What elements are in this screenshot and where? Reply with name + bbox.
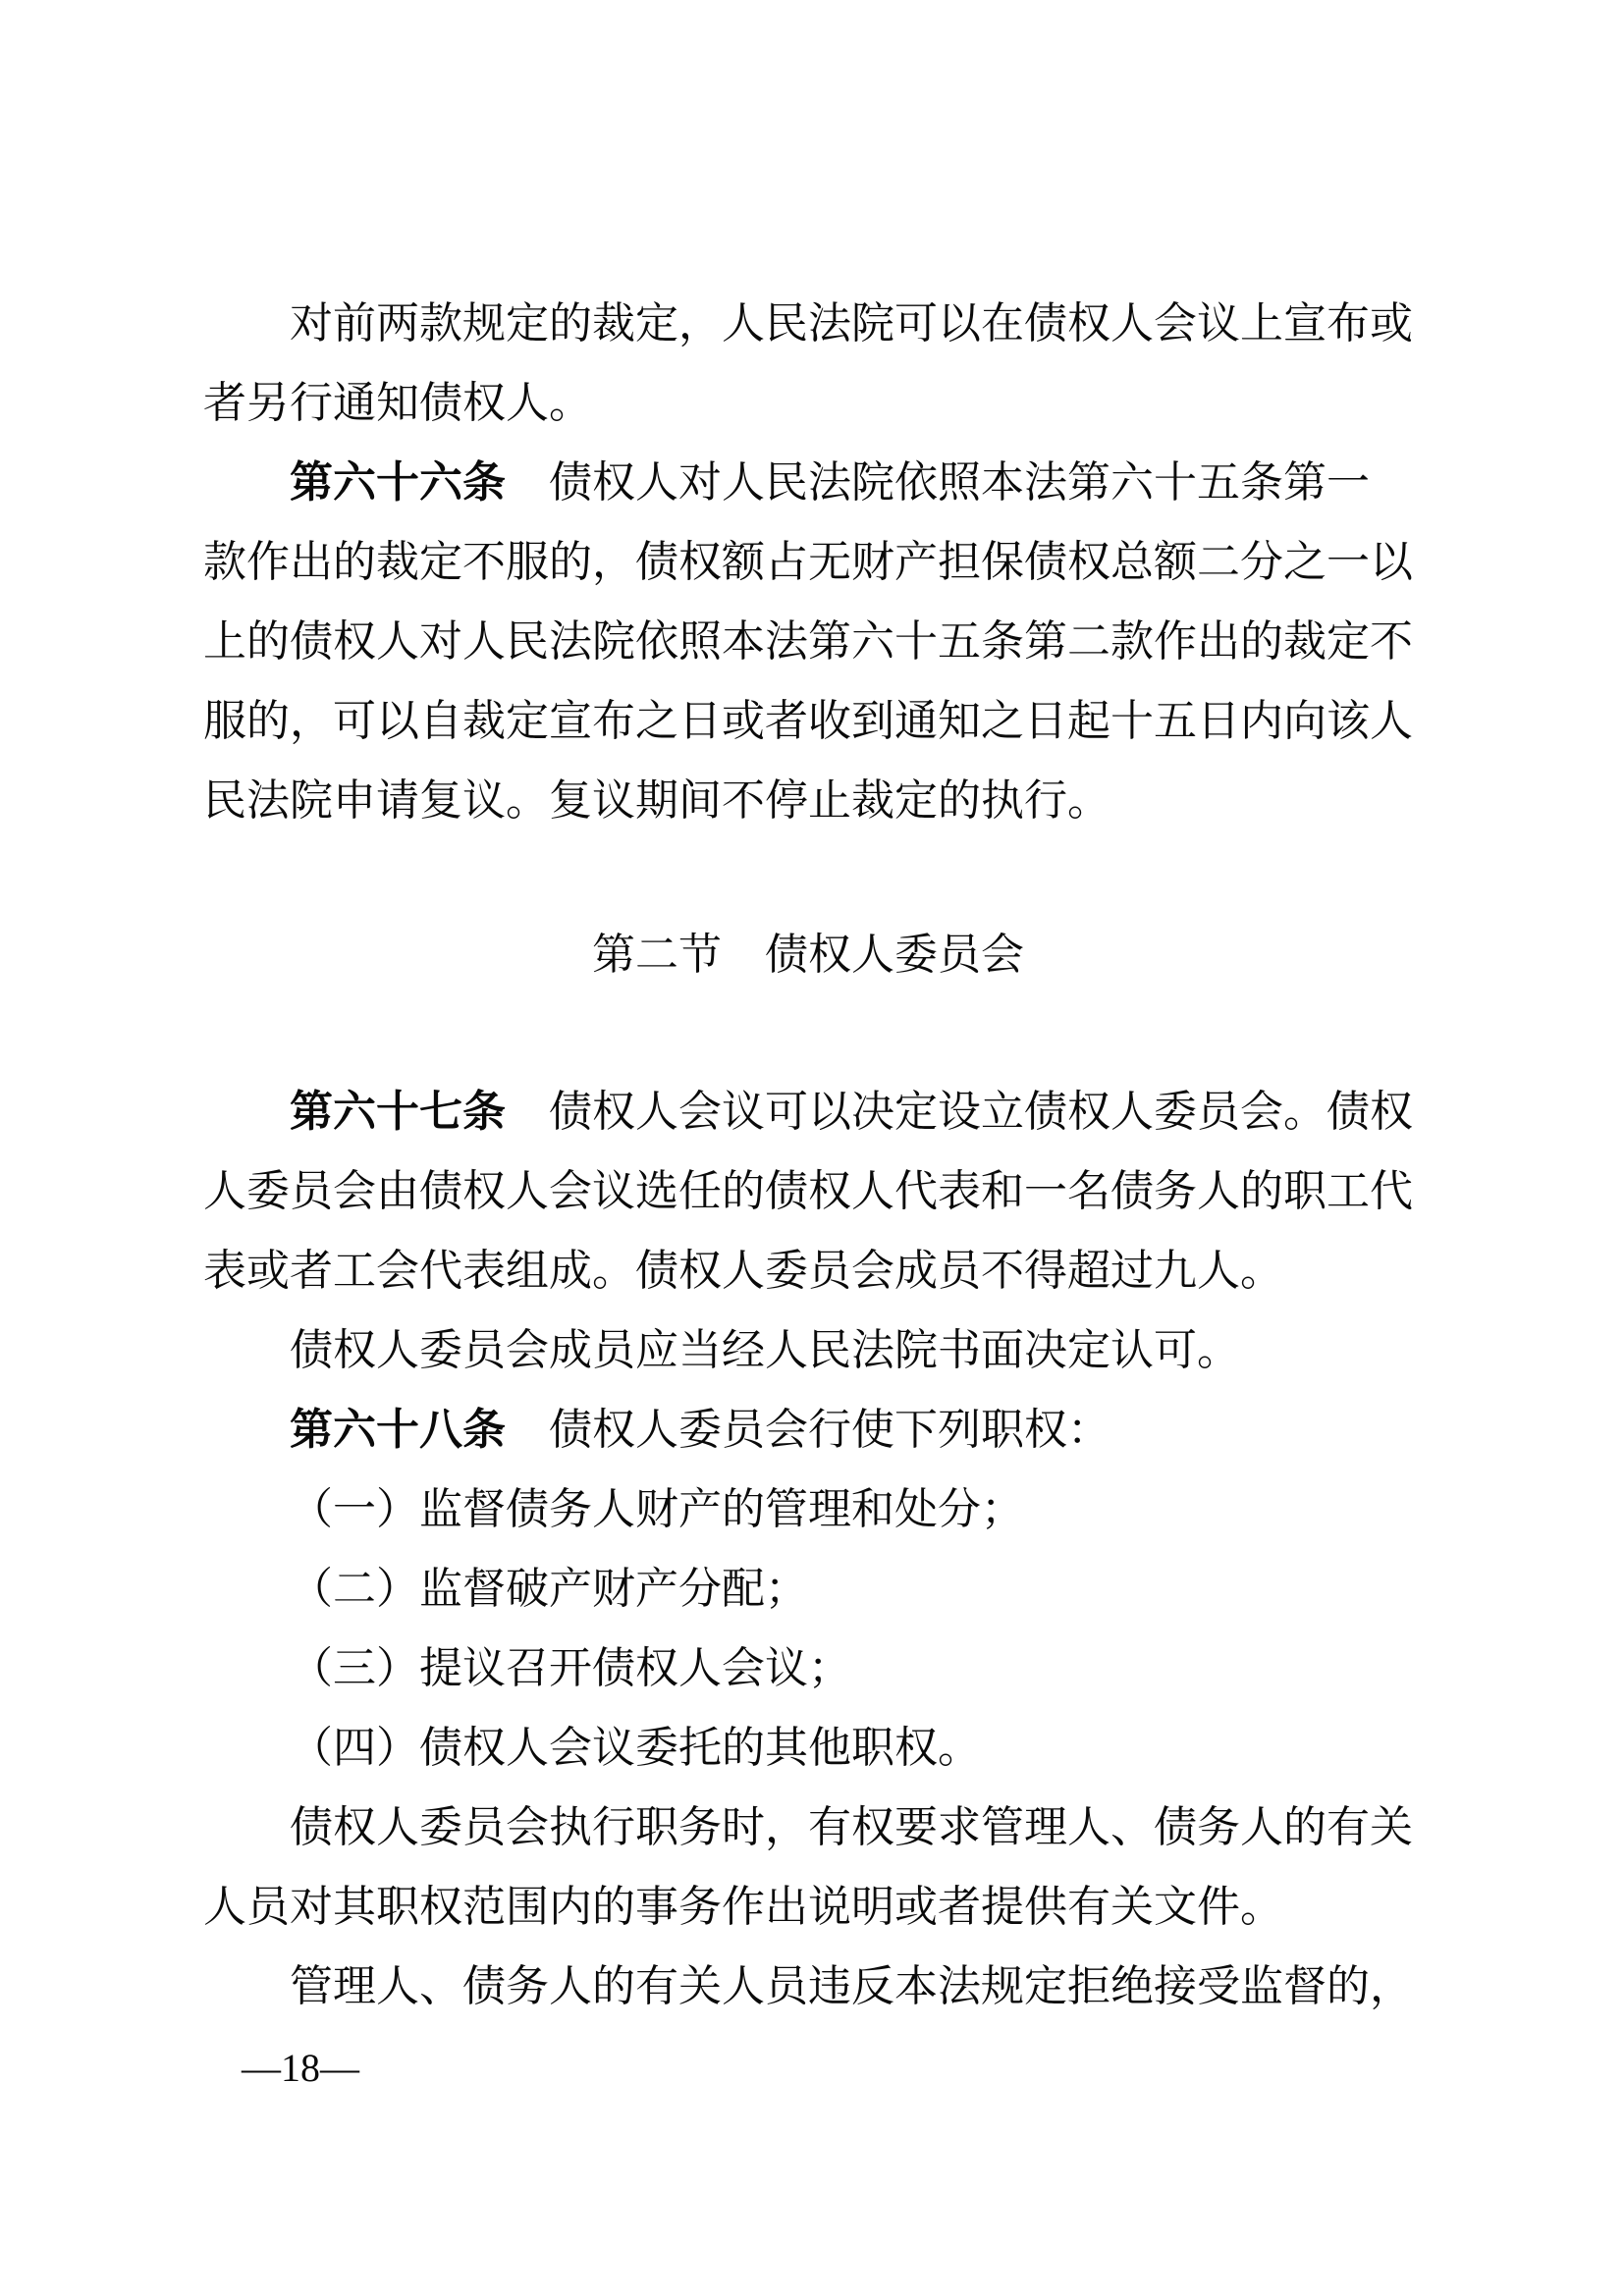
- article-67-line: 第六十七条 债权人会议可以决定设立债权人委员会。债权: [203, 1072, 1413, 1151]
- paragraph-line: 上的债权人对人民法院依照本法第六十五条第二款作出的裁定不: [203, 602, 1413, 681]
- document-page: 对前两款规定的裁定，人民法院可以在债权人会议上宣布或 者另行通知债权人。 第六十…: [0, 0, 1624, 2296]
- article-66-number: 第六十六条: [290, 458, 506, 507]
- list-item-line: （四）债权人会议委托的其他职权。: [203, 1708, 1413, 1788]
- paragraph-line: 人委员会由债权人会议选任的债权人代表和一名债务人的职工代: [203, 1151, 1413, 1231]
- paragraph-line: 服的，可以自裁定宣布之日或者收到通知之日起十五日内向该人: [203, 681, 1413, 761]
- article-67-number: 第六十七条: [290, 1088, 506, 1136]
- article-66-line: 第六十六条 债权人对人民法院依照本法第六十五条第一: [203, 443, 1413, 522]
- article-66-text: 债权人对人民法院依照本法第六十五条第一: [506, 458, 1370, 507]
- page-number: —18—: [242, 2046, 359, 2091]
- article-68-line: 第六十八条 债权人委员会行使下列职权：: [203, 1390, 1413, 1469]
- paragraph-line: 民法院申请复议。复议期间不停止裁定的执行。: [203, 761, 1413, 840]
- paragraph-line: 债权人委员会执行职务时，有权要求管理人、债务人的有关: [203, 1788, 1413, 1867]
- paragraph-line: 债权人委员会成员应当经人民法院书面决定认可。: [203, 1310, 1413, 1390]
- paragraph-line: 对前两款规定的裁定，人民法院可以在债权人会议上宣布或: [203, 284, 1413, 363]
- article-68-text: 债权人委员会行使下列职权：: [506, 1406, 1110, 1454]
- list-item-line: （三）提议召开债权人会议；: [203, 1629, 1413, 1708]
- paragraph-line: 管理人、债务人的有关人员违反本法规定拒绝接受监督的，: [203, 1947, 1413, 2026]
- paragraph-line: 人员对其职权范围内的事务作出说明或者提供有关文件。: [203, 1867, 1413, 1947]
- law-text-block: 对前两款规定的裁定，人民法院可以在债权人会议上宣布或 者另行通知债权人。 第六十…: [203, 284, 1413, 2026]
- paragraph-line: 者另行通知债权人。: [203, 363, 1413, 443]
- list-item-line: （一）监督债务人财产的管理和处分；: [203, 1469, 1413, 1549]
- paragraph-line: 表或者工会代表组成。债权人委员会成员不得超过九人。: [203, 1231, 1413, 1310]
- list-item-line: （二）监督破产财产分配；: [203, 1549, 1413, 1629]
- article-68-number: 第六十八条: [290, 1406, 506, 1454]
- section-heading: 第二节 债权人委员会: [203, 915, 1413, 994]
- paragraph-line: 款作出的裁定不服的，债权额占无财产担保债权总额二分之一以: [203, 522, 1413, 602]
- article-67-text: 债权人会议可以决定设立债权人委员会。债权: [506, 1088, 1413, 1136]
